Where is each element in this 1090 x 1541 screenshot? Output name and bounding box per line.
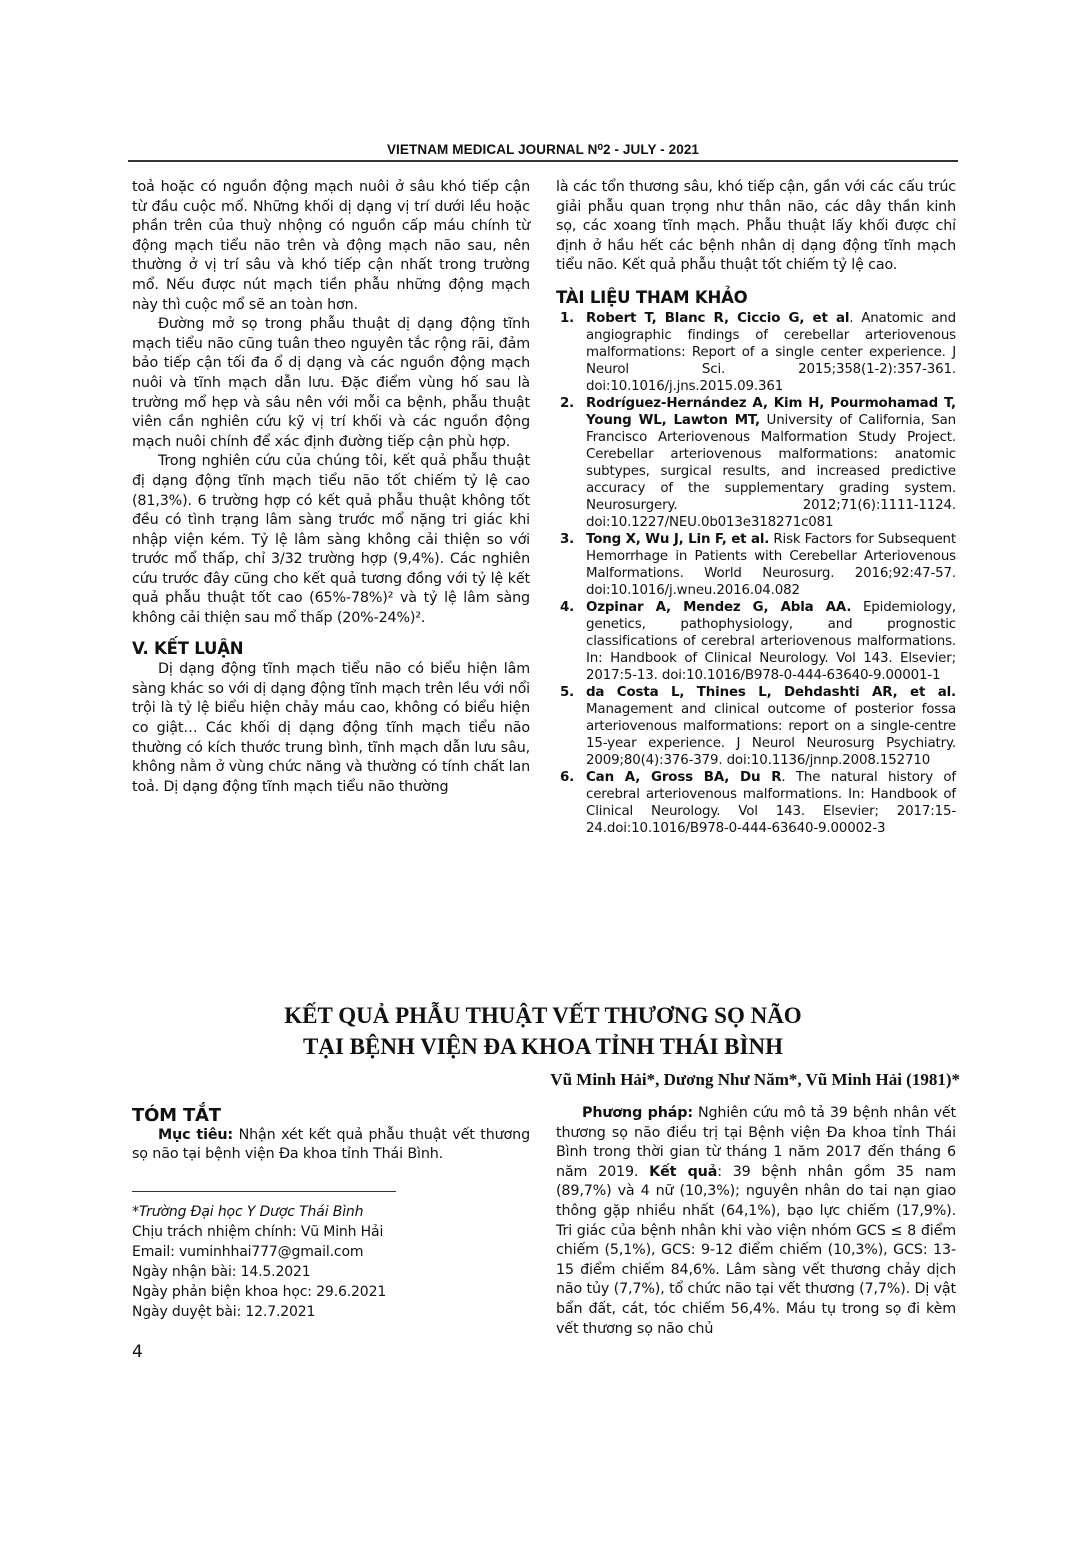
article-authors: Vũ Minh Hải*, Dương Như Năm*, Vũ Minh Hả… — [550, 1070, 960, 1090]
footnote-rule — [132, 1191, 396, 1192]
reference-text: University of California, San Francisco … — [586, 413, 956, 530]
footnote-email: Email: vuminhhai777@gmail.com — [132, 1242, 530, 1262]
result-text: : 39 bệnh nhân gồm 35 nam (89,7%) và 4 n… — [556, 1164, 956, 1337]
reference-number: 6. — [556, 769, 586, 837]
reference-item: 4.Ozpinar A, Mendez G, Abla AA. Epidemio… — [556, 599, 956, 684]
abstract-right-column: Phương pháp: Nghiên cứu mô tả 39 bệnh nh… — [556, 1104, 956, 1339]
page-number: 4 — [132, 1342, 143, 1362]
reference-item: 3.Tong X, Wu J, Lin F, et al. Risk Facto… — [556, 531, 956, 599]
footnote: *Trường Đại học Y Dược Thái Bình Chịu tr… — [132, 1202, 530, 1322]
right-column: là các tổn thương sâu, khó tiếp cận, gần… — [556, 178, 956, 837]
article-title-line-1: KẾT QUẢ PHẪU THUẬT VẾT THƯƠNG SỌ NÃO — [128, 1000, 958, 1031]
section-heading-conclusion: V. KẾT LUẬN — [132, 639, 530, 659]
reference-authors: da Costa L, Thines L, Dehdashti AR, et a… — [586, 685, 956, 700]
reference-number: 1. — [556, 310, 586, 395]
body-paragraph: toả hoặc có nguồn động mạch nuôi ở sâu k… — [132, 178, 530, 315]
header-rule — [128, 160, 958, 162]
reference-text: Management and clinical outcome of poste… — [586, 702, 956, 768]
journal-header: VIETNAM MEDICAL JOURNAL N⁰2 - JULY - 202… — [128, 142, 958, 158]
references-heading: TÀI LIỆU THAM KHẢO — [556, 288, 956, 308]
article-title: KẾT QUẢ PHẪU THUẬT VẾT THƯƠNG SỌ NÃO TẠI… — [128, 1000, 958, 1062]
result-label: Kết quả — [649, 1164, 717, 1180]
abstract-method-results: Phương pháp: Nghiên cứu mô tả 39 bệnh nh… — [556, 1104, 956, 1339]
objective-label: Mục tiêu: — [158, 1127, 233, 1143]
reference-number: 2. — [556, 395, 586, 531]
conclusion-continued: là các tổn thương sâu, khó tiếp cận, gần… — [556, 178, 956, 276]
reference-item: 2.Rodríguez-Hernández A, Kim H, Pourmoha… — [556, 395, 956, 531]
abstract-objective: Mục tiêu: Nhận xét kết quả phẫu thuật vế… — [132, 1126, 530, 1165]
body-paragraph: Trong nghiên cứu của chúng tôi, kết quả … — [132, 452, 530, 628]
method-label: Phương pháp: — [582, 1105, 693, 1121]
reference-authors: Ozpinar A, Mendez G, Abla AA. — [586, 600, 851, 615]
body-paragraph: Đường mở sọ trong phẫu thuật dị dạng độn… — [132, 315, 530, 452]
footnote-received: Ngày nhận bài: 14.5.2021 — [132, 1262, 530, 1282]
footnote-affiliation: *Trường Đại học Y Dược Thái Bình — [132, 1202, 530, 1222]
reference-authors: Tong X, Wu J, Lin F, et al. — [586, 532, 769, 547]
footnote-reviewed: Ngày phản biện khoa học: 29.6.2021 — [132, 1282, 530, 1302]
reference-item: 6.Can A, Gross BA, Du R. The natural his… — [556, 769, 956, 837]
abstract-heading: TÓM TẮT — [132, 1106, 530, 1126]
conclusion-paragraph: Dị dạng động tĩnh mạch tiểu não có biểu … — [132, 660, 530, 797]
footnote-accepted: Ngày duyệt bài: 12.7.2021 — [132, 1302, 530, 1322]
reference-number: 5. — [556, 684, 586, 769]
reference-item: 1.Robert T, Blanc R, Ciccio G, et al. An… — [556, 310, 956, 395]
abstract-left-column: TÓM TẮT Mục tiêu: Nhận xét kết quả phẫu … — [132, 1106, 530, 1322]
reference-number: 3. — [556, 531, 586, 599]
footnote-responsible: Chịu trách nhiệm chính: Vũ Minh Hải — [132, 1222, 530, 1242]
article-title-line-2: TẠI BỆNH VIỆN ĐA KHOA TỈNH THÁI BÌNH — [128, 1031, 958, 1062]
reference-list: 1.Robert T, Blanc R, Ciccio G, et al. An… — [556, 310, 956, 837]
left-column: toả hoặc có nguồn động mạch nuôi ở sâu k… — [132, 178, 530, 797]
reference-item: 5.da Costa L, Thines L, Dehdashti AR, et… — [556, 684, 956, 769]
reference-authors: Robert T, Blanc R, Ciccio G, et al — [586, 311, 849, 326]
reference-authors: Can A, Gross BA, Du R — [586, 770, 781, 785]
reference-number: 4. — [556, 599, 586, 684]
